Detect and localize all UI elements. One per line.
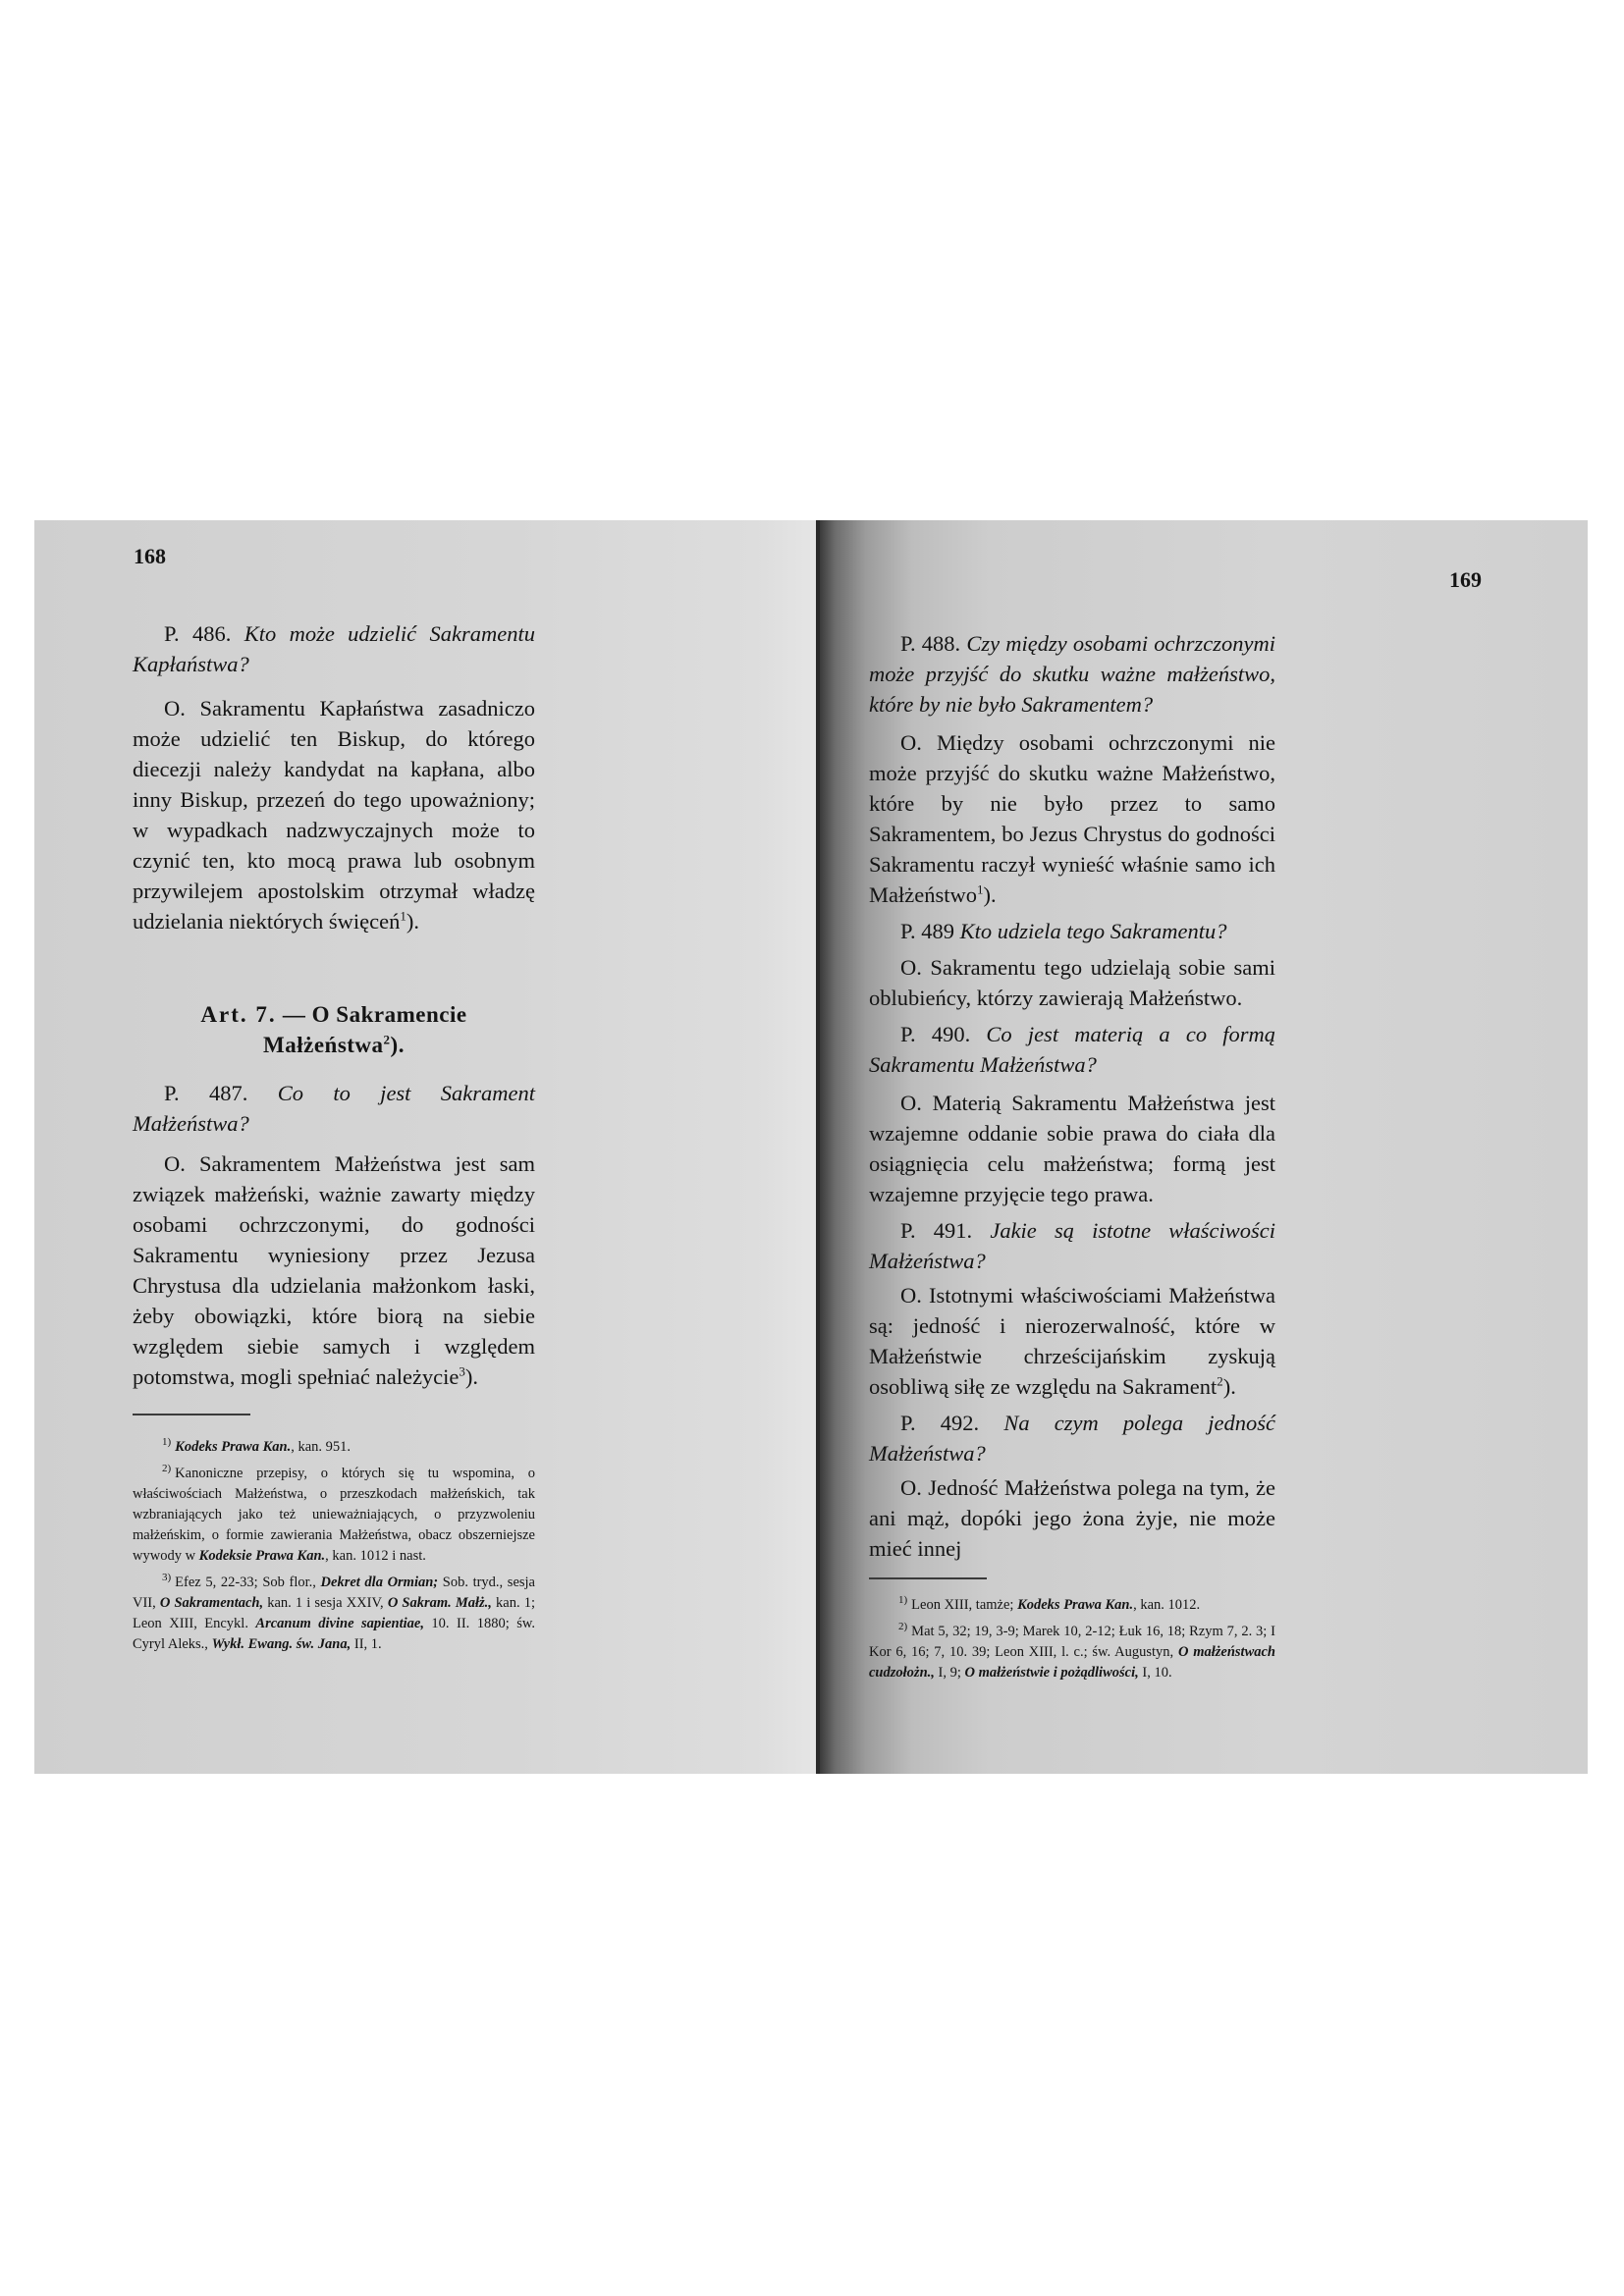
footnote-3: 3)Efez 5, 22-33; Sob flor., Dekret dla O… — [133, 1573, 535, 1655]
page-number-left: 168 — [134, 544, 166, 569]
question-490: P. 490. Co jest materią a co formą Sakra… — [869, 1019, 1275, 1080]
footnote-divider — [869, 1577, 987, 1579]
footnote-2: 2)Kanoniczne przepisy, o których się tu … — [133, 1464, 535, 1567]
page-number-right: 169 — [1449, 567, 1482, 593]
book-scan: 168 P. 486. Kto może udzielić Sakramentu… — [34, 520, 1588, 1774]
answer-487: O. Sakramentem Małżeństwa jest sam związ… — [133, 1148, 535, 1392]
footnotes-right: 1)Leon XIII, tamże; Kodeks Prawa Kan., k… — [869, 1595, 1275, 1683]
answer-489: O. Sakramentu tego udzielają sobie sami … — [869, 952, 1275, 1013]
answer-488: O. Między osobami ochrzczonymi nie może … — [869, 727, 1275, 910]
question-487: P. 487. Co to jest Sakrament Małżeństwa? — [133, 1078, 535, 1139]
right-page: 169 P. 488. Czy między osobami ochrzczon… — [820, 520, 1588, 1774]
footnote-2: 2)Mat 5, 32; 19, 3-9; Marek 10, 2-12; Łu… — [869, 1622, 1275, 1683]
answer-492: O. Jedność Małżeństwa polega na tym, że … — [869, 1472, 1275, 1564]
question-491: P. 491. Jakie są istotne właściwości Mał… — [869, 1215, 1275, 1276]
answer-486: O. Sakramentu Kapłaństwa zasadniczo może… — [133, 693, 535, 936]
question-489: P. 489 Kto udziela tego Sakramentu? — [869, 916, 1275, 946]
footnote-1: 1)Kodeks Prawa Kan., kan. 951. — [133, 1437, 535, 1458]
footnotes-left: 1)Kodeks Prawa Kan., kan. 951. 2)Kanonic… — [133, 1437, 535, 1655]
question-488: P. 488. Czy między osobami ochrzczonymi … — [869, 628, 1275, 720]
left-page: 168 P. 486. Kto może udzielić Sakramentu… — [34, 520, 820, 1774]
answer-490: O. Materią Sakramentu Małżeństwa jest wz… — [869, 1088, 1275, 1209]
answer-491: O. Istotnymi właściwościami Małżeństwa s… — [869, 1280, 1275, 1402]
article-heading: Art. 7. — O Sakramencie Małżeństwa2). — [133, 999, 535, 1060]
question-492: P. 492. Na czym polega jedność Małżeństw… — [869, 1408, 1275, 1468]
question-486: P. 486. Kto może udzielić Sakramentu Kap… — [133, 618, 535, 679]
footnote-1: 1)Leon XIII, tamże; Kodeks Prawa Kan., k… — [869, 1595, 1275, 1616]
footnote-divider — [133, 1414, 250, 1415]
left-column: P. 486. Kto może udzielić Sakramentu Kap… — [133, 618, 535, 1661]
right-column: P. 488. Czy między osobami ochrzczonymi … — [869, 628, 1275, 1689]
